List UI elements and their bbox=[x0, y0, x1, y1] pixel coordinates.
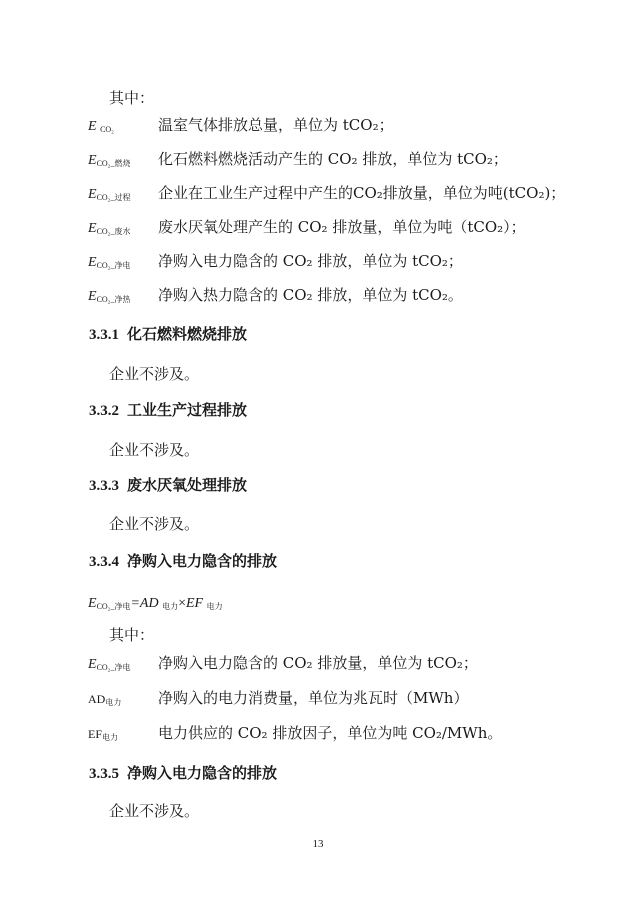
variable-description: 净购入电力隐含的 CO₂ 排放量，单位为 tCO₂； bbox=[158, 653, 478, 673]
intro-text: 其中： bbox=[109, 88, 154, 108]
variable-description: 温室气体排放总量，单位为 tCO₂； bbox=[158, 115, 394, 135]
emission-formula: ECO₂_净电=AD 电力×EF 电力 bbox=[88, 594, 223, 617]
section-body: 企业不涉及。 bbox=[109, 364, 199, 384]
section-body: 企业不涉及。 bbox=[109, 801, 199, 821]
variable-description: 净购入电力隐含的 CO₂ 排放，单位为 tCO₂； bbox=[158, 251, 463, 271]
section-heading: 3.3.3废水厌氧处理排放 bbox=[89, 475, 247, 496]
variable-row: AD电力净购入的电力消费量，单位为兆瓦时（MWh） bbox=[88, 688, 468, 713]
variable-symbol: ECO₂_燃烧 bbox=[88, 151, 158, 174]
section-heading: 3.3.2工业生产过程排放 bbox=[89, 400, 247, 421]
variable-row: EF电力电力供应的 CO₂ 排放因子，单位为吨 CO₂/MWh。 bbox=[88, 723, 502, 748]
variable-symbol: ECO₂_净电 bbox=[88, 655, 158, 678]
section-heading: 3.3.4净购入电力隐含的排放 bbox=[89, 551, 277, 572]
variable-symbol: ECO₂_废水 bbox=[88, 219, 158, 242]
variable-symbol: E CO₂ bbox=[88, 117, 158, 140]
variable-symbol: AD电力 bbox=[88, 689, 158, 713]
section-body: 企业不涉及。 bbox=[109, 440, 199, 460]
variable-row: ECO₂_过程企业在工业生产过程中产生的CO₂排放量，单位为吨(tCO₂)； bbox=[88, 183, 565, 208]
variable-symbol: ECO₂_净热 bbox=[88, 287, 158, 310]
variable-description: 净购入的电力消费量，单位为兆瓦时（MWh） bbox=[158, 688, 468, 708]
variable-row: ECO₂_燃烧化石燃料燃烧活动产生的 CO₂ 排放，单位为 tCO₂； bbox=[88, 149, 508, 174]
variable-description: 净购入热力隐含的 CO₂ 排放，单位为 tCO₂。 bbox=[158, 285, 463, 305]
variable-row: ECO₂_净热净购入热力隐含的 CO₂ 排放，单位为 tCO₂。 bbox=[88, 285, 463, 310]
document-page: 其中： E CO₂温室气体排放总量，单位为 tCO₂； ECO₂_燃烧化石燃料燃… bbox=[0, 0, 636, 899]
variable-row: E CO₂温室气体排放总量，单位为 tCO₂； bbox=[88, 115, 394, 140]
variable-row: ECO₂_废水废水厌氧处理产生的 CO₂ 排放量，单位为吨（tCO₂）； bbox=[88, 217, 526, 242]
variable-description: 化石燃料燃烧活动产生的 CO₂ 排放，单位为 tCO₂； bbox=[158, 149, 508, 169]
variable-description: 废水厌氧处理产生的 CO₂ 排放量，单位为吨（tCO₂）； bbox=[158, 217, 526, 237]
variable-description: 企业在工业生产过程中产生的CO₂排放量，单位为吨(tCO₂)； bbox=[158, 183, 565, 203]
intro-text: 其中： bbox=[109, 625, 154, 645]
section-body: 企业不涉及。 bbox=[109, 514, 199, 534]
variable-symbol: EF电力 bbox=[88, 724, 158, 748]
variable-row: ECO₂_净电净购入电力隐含的 CO₂ 排放量，单位为 tCO₂； bbox=[88, 653, 478, 678]
variable-row: ECO₂_净电净购入电力隐含的 CO₂ 排放，单位为 tCO₂； bbox=[88, 251, 463, 276]
variable-symbol: ECO₂_净电 bbox=[88, 253, 158, 276]
variable-description: 电力供应的 CO₂ 排放因子，单位为吨 CO₂/MWh。 bbox=[158, 723, 502, 743]
page-number: 13 bbox=[0, 838, 636, 850]
variable-symbol: ECO₂_过程 bbox=[88, 185, 158, 208]
section-heading: 3.3.1化石燃料燃烧排放 bbox=[89, 324, 247, 345]
section-heading: 3.3.5净购入电力隐含的排放 bbox=[89, 763, 277, 784]
